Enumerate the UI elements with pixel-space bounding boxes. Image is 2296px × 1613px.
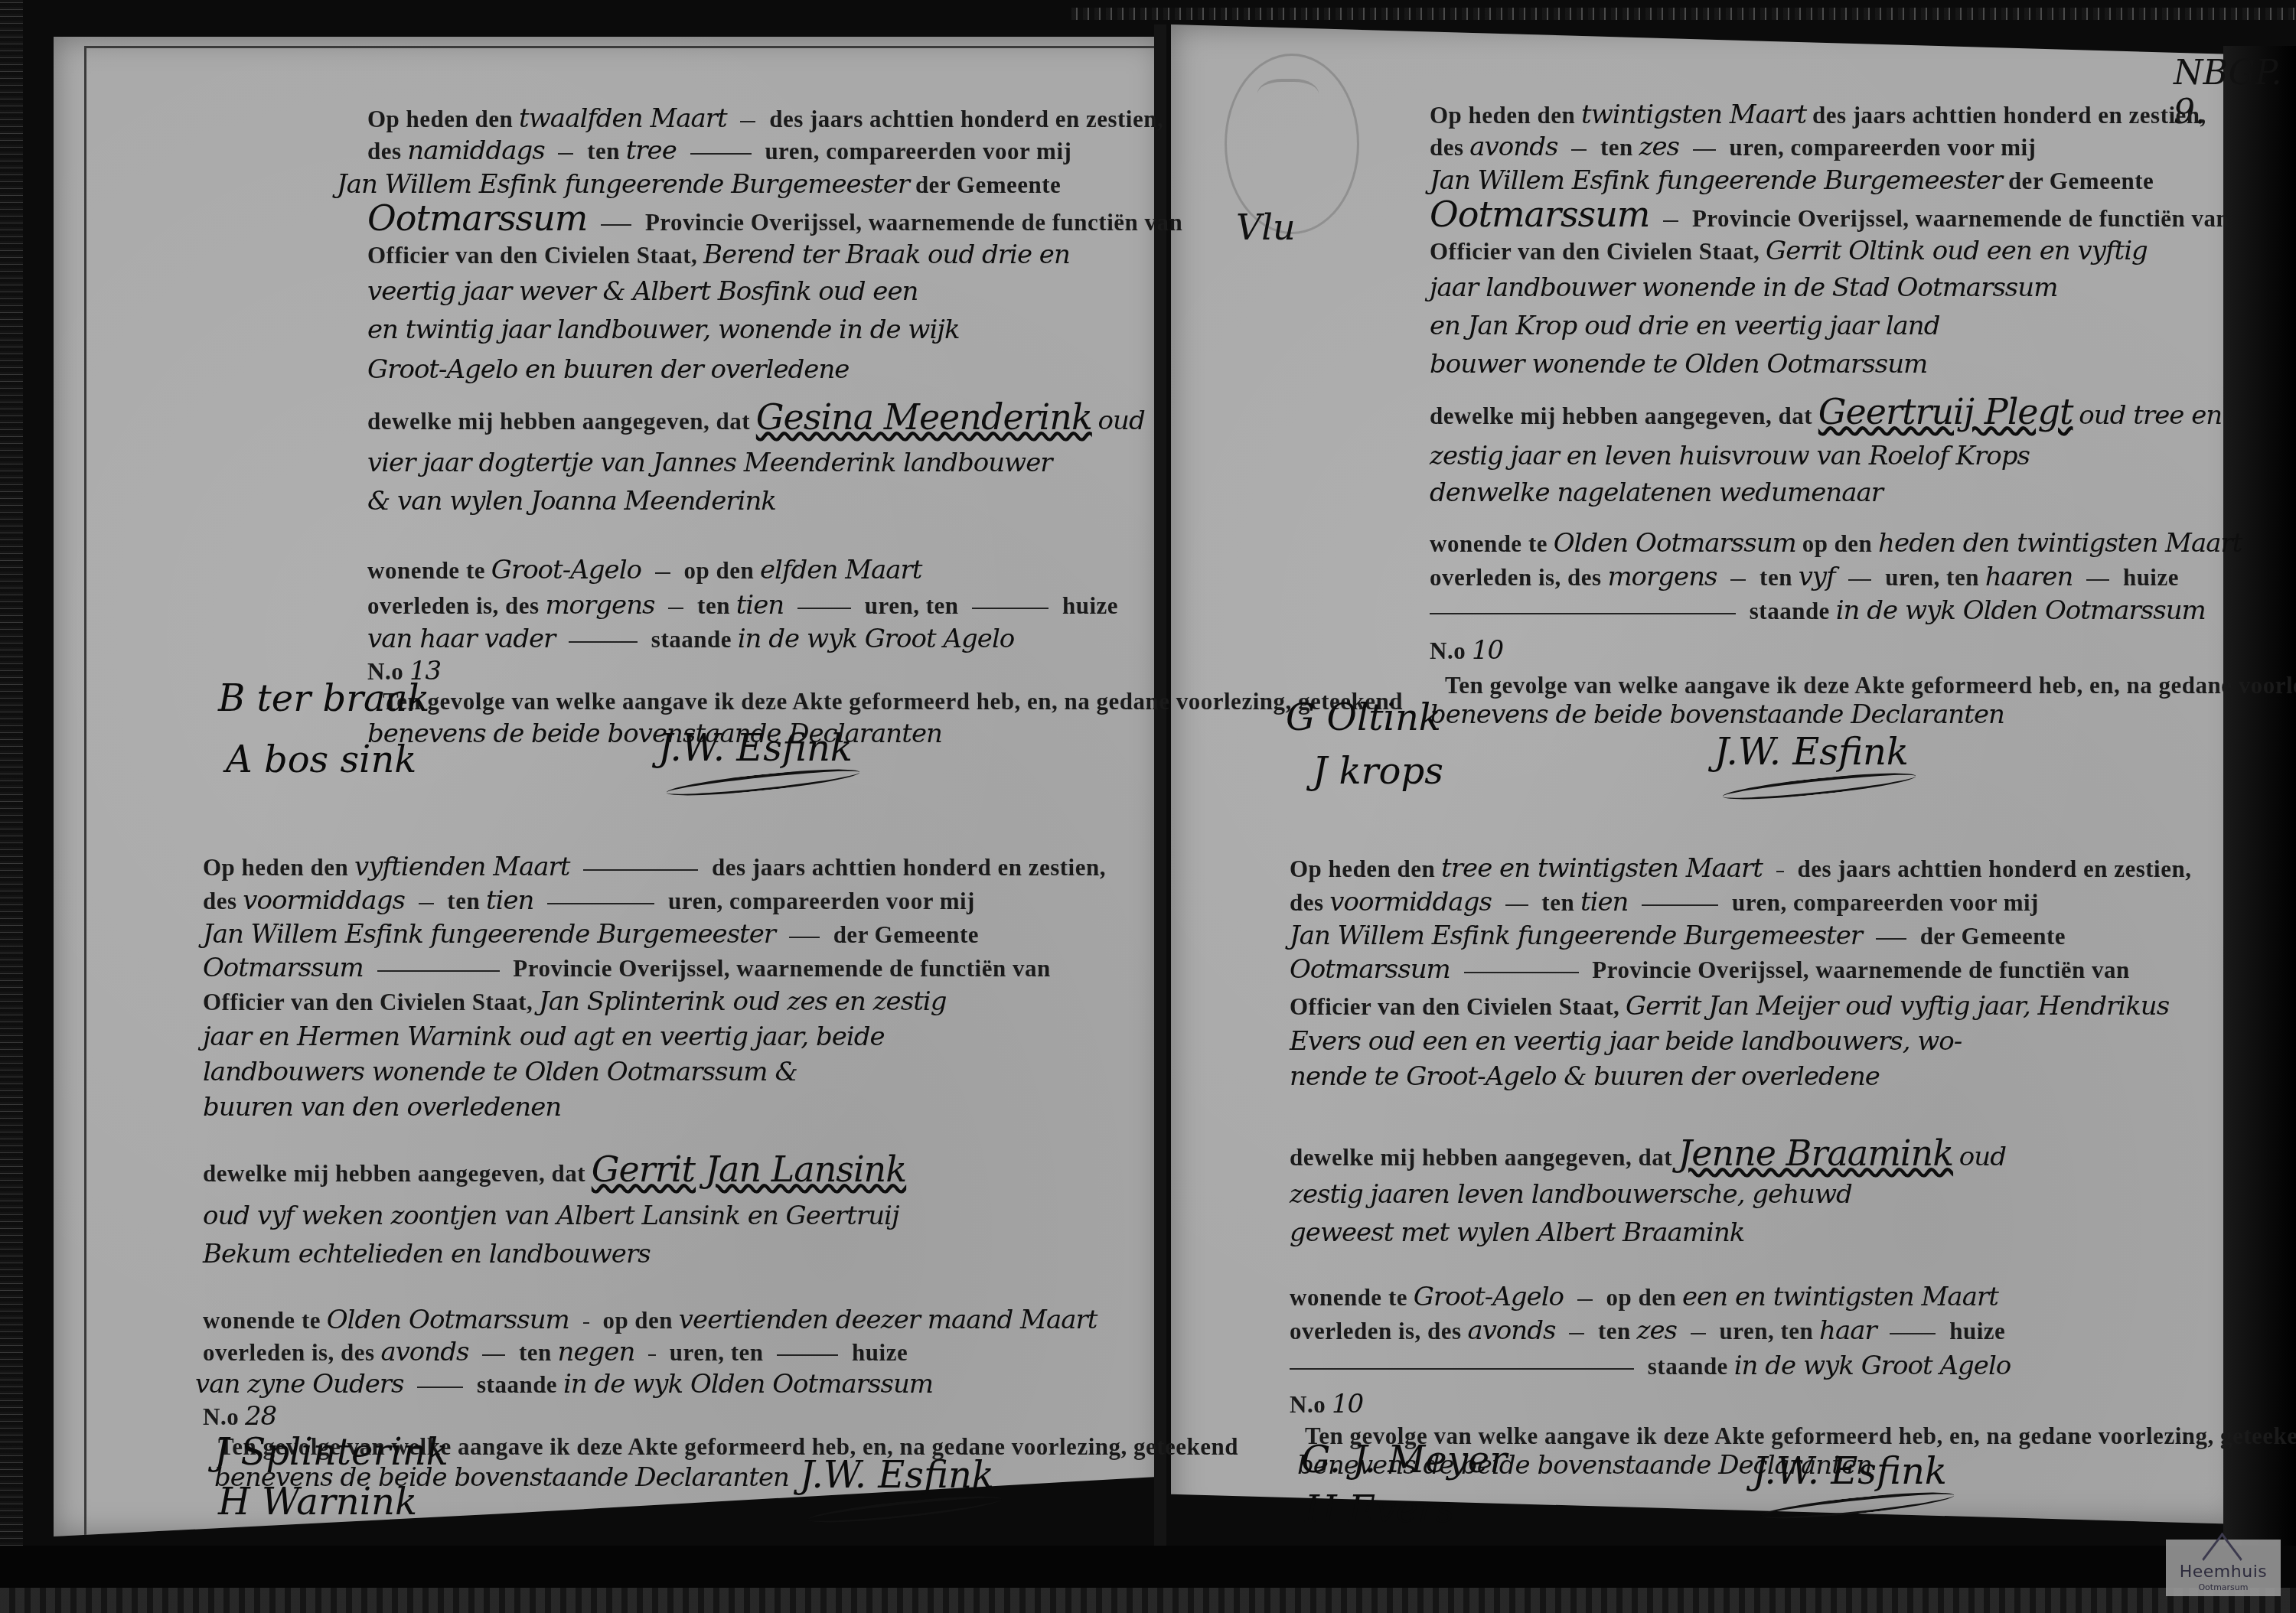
printed-overleden: overleden is, des [367,592,540,619]
fill-dash [569,641,638,643]
fill-dash [1569,1333,1584,1334]
record-mayor: Jan Willem Esfink fungeerende Burgemeest… [1290,921,1862,951]
fill-dash [377,970,500,972]
fill-dash [1691,1333,1706,1334]
printed-officier: Officier van den Civielen Staat, [1430,238,1760,265]
record-municipality: Ootmarssum [367,197,587,239]
printed-gemeente: der Gemeente [915,171,1062,198]
printed-wonende: wonende te [1430,530,1548,557]
residence: Groot-Agelo [1414,1282,1564,1312]
death-record-10b: Op heden den tree en twintigsten Maart d… [1290,853,2154,1450]
residence: Olden Ootmarssum [1554,528,1796,559]
fill-dash [1464,972,1579,973]
fill-dash [789,937,820,938]
mayor-signature: J.W. Esfink [1753,1450,1947,1493]
fill-dash [419,903,434,904]
fill-dash [648,1354,656,1356]
death-hour: zes [1637,1315,1677,1346]
fill-dash [558,153,573,155]
scan-artifact-left [0,0,23,1613]
printed-staande: staande [1750,598,1830,624]
printed-provincie: Provincie Overijssel, waarnemende de fun… [513,955,1050,982]
located: in de wyk Olden Ootmarssum [1836,595,2206,626]
book-edge [2223,46,2296,1576]
deceased-name: Gesina Meenderink [756,396,1092,438]
watermark-brand: Heemhuis [2166,1562,2281,1582]
death-record-10a: Op heden den twintigsten Maart des jaars… [1430,99,2195,681]
printed-des: des [203,888,237,914]
record-time-of-day: namiddags [407,135,544,166]
record-time-of-day: voormiddags [243,885,405,916]
fill-dash [1571,149,1587,151]
printed-gemeente: der Gemeente [1920,923,2066,950]
printed-des: des [1430,134,1464,161]
fill-dash [1890,1333,1936,1334]
deceased-line: oud [1959,1142,2006,1172]
printed-ten: ten [697,592,730,619]
printed-overleden: overleden is, des [203,1339,375,1366]
printed-staande: staande [477,1371,557,1398]
fill-dash [740,121,755,122]
record-hour: tien [1580,887,1629,917]
printed-uren-ten: uren, ten [865,592,959,619]
printed-gemeente: der Gemeente [833,921,980,948]
printed-op-heden: Op heden den [1430,102,1575,129]
fill-dash [777,1354,838,1356]
house-line: van haar vader [367,624,555,654]
death-hour: vyf [1799,562,1835,592]
printed-dewelke: dewelke mij hebben aangegeven, dat [367,408,750,435]
printed-wonende: wonende te [203,1307,321,1334]
declarants-line: Jan Splinterink oud zes en zestig [539,986,946,1017]
death-record-28: Op heden den vyftienden Maart des jaars … [203,852,1167,1464]
declarants-line: Berend ter Braak oud drie en [703,240,1070,270]
printed-op-den: op den [684,557,755,584]
deceased-line: Bekum echtelieden en landbouwers [203,1239,651,1269]
declarants-line: Gerrit Jan Meijer oud vyftig jaar, Hendr… [1626,991,2169,1022]
declarants-line: jaar en Hermen Warnink oud agt en veerti… [203,1022,885,1052]
fill-dash [1776,871,1784,872]
declarants-line: landbouwers wonende te Olden Ootmarssum … [203,1057,797,1087]
death-date: een en twintigsten Maart [1682,1282,1998,1312]
death-time-of-day: morgens [1607,562,1717,592]
printed-officier: Officier van den Civielen Staat, [203,989,533,1015]
printed-uren-ten: uren, ten [1720,1318,1814,1344]
residence: Groot-Agelo [491,555,641,585]
house: haaren [1985,562,2073,592]
record-date: twintigsten Maart [1581,99,1806,130]
printed-ten: ten [519,1339,552,1366]
located: in de wyk Groot Agelo [1734,1351,2011,1381]
declarants-line: bouwer wonende te Olden Ootmarssum [1430,349,1927,380]
declarants-line: en Jan Krop oud drie en veertig jaar lan… [1430,311,1939,341]
printed-huize: huize [852,1339,908,1366]
signed-line: benevens de beide bovenstaande Declarant… [1430,699,2004,730]
declarant-signature: G. J. Meyer [1301,1439,1507,1481]
record-date: tree en twintigsten Maart [1441,853,1763,884]
fill-dash [797,608,851,609]
record-municipality: Ootmarssum [1430,194,1649,235]
record-mayor: Jan Willem Esfink fungeerende Burgemeest… [203,919,775,950]
fill-dash [690,153,752,155]
record-number: 10 [1332,1389,1363,1419]
printed-closing: Ten gevolge van welke aangave ik deze Ak… [1445,672,2296,699]
printed-wonende: wonende te [1290,1284,1407,1311]
deceased-line: denwelke nagelatenen wedumenaar [1430,477,1883,508]
printed-uren: uren, compareerden voor mij [1732,889,2039,916]
record-hour: zes [1639,132,1678,162]
deceased-name: Gerrit Jan Lansink [592,1149,906,1190]
record-time-of-day: avonds [1469,132,1557,162]
fill-dash [668,608,683,609]
fill-dash [547,903,654,904]
declarants-line: Gerrit Oltink oud een en vyftig [1766,236,2148,266]
printed-year: des jaars achttien honderd en zestien, [1812,102,2206,129]
printed-op-den: op den [1802,530,1873,557]
printed-provincie: Provincie Overijssel, waarnemende de fun… [1692,205,2229,232]
death-time-of-day: avonds [380,1337,468,1367]
record-hour: tree [626,135,677,166]
fill-dash [417,1387,463,1388]
declarants-line: buuren van den overledenen [203,1092,561,1123]
printed-overleden: overleden is, des [1430,564,1602,591]
located: in de wyk Groot Agelo [738,624,1015,654]
printed-ten: ten [1541,889,1574,916]
fill-dash [1642,904,1718,906]
declarant-signature: J Splinterink [214,1431,448,1474]
printed-ten: ten [587,138,620,165]
printed-officier: Officier van den Civielen Staat, [367,242,697,269]
printed-uren: uren, compareerden voor mij [765,138,1071,165]
printed-overleden: overleden is, des [1290,1318,1462,1344]
printed-no: N.o [1430,637,1466,664]
margin-note: Vlu [1236,207,1296,248]
record-number: 10 [1472,635,1503,666]
fill-dash [2086,579,2109,581]
printed-year: des jaars achttien honderd en zestien, [769,106,1163,132]
record-municipality: Ootmarssum [1290,954,1450,985]
house-line: van zyne Ouders [195,1369,404,1400]
printed-uren-ten: uren, ten [1885,564,1979,591]
printed-year: des jaars achttien honderd en zestien, [712,854,1106,881]
fill-dash [1693,149,1716,151]
death-record-13: Op heden den twaalfden Maart des jaars a… [367,103,1171,792]
deceased-line: zestig jaar en leven huisvrouw van Roelo… [1430,441,2030,471]
declarants-line: nende te Groot-Agelo & buuren der overle… [1290,1061,1880,1092]
heemhuis-watermark: Heemhuis Ootmarsum [2166,1540,2281,1596]
located: in de wyk Olden Ootmarssum [563,1369,933,1400]
mayor-signature: J.W. Esfink [658,727,853,770]
printed-closing: Ten gevolge van welke aangave ik deze Ak… [383,688,1403,715]
declarants-line: Groot-Agelo en buuren der overledene [367,354,849,385]
mayor-signature: J.W. Esfink [800,1454,994,1497]
declarant-signature: H Evers [1305,1488,1454,1531]
printed-no: N.o [1290,1391,1326,1418]
printed-huize: huize [1062,592,1118,619]
printed-uren: uren, compareerden voor mij [1729,134,2036,161]
declarant-signature: H Warnink [218,1481,417,1523]
fill-dash [655,572,670,574]
fill-dash [1663,220,1678,222]
deceased-name: Jenne Braamink [1678,1132,1953,1174]
printed-staande: staande [651,626,732,653]
printed-op-den: op den [1606,1284,1677,1311]
printed-op-heden: Op heden den [1290,855,1435,882]
record-date: twaalfden Maart [519,103,727,134]
printed-gemeente: der Gemeente [2008,168,2154,194]
printed-officier: Officier van den Civielen Staat, [1290,993,1619,1020]
declarants-line: veertig jaar wever & Albert Bosfink oud … [367,276,918,307]
deceased-line: geweest met wylen Albert Braamink [1290,1217,1744,1248]
deceased-line: zestig jaaren leven landbouwersche, gehu… [1290,1179,1852,1210]
printed-dewelke: dewelke mij hebben aangegeven, dat [1290,1144,1672,1171]
printed-des: des [1290,889,1324,916]
deceased-name: Geertruij Plegt [1818,391,2073,432]
record-number: 28 [245,1401,276,1432]
fill-dash [1577,1299,1593,1301]
declarants-line: jaar landbouwer wonende in de Stad Ootma… [1430,272,2057,303]
printed-uren-ten: uren, ten [670,1339,764,1366]
mayor-signature: J.W. Esfink [1714,731,1909,774]
fill-dash [1848,579,1871,581]
printed-dewelke: dewelke mij hebben aangegeven, dat [203,1160,585,1187]
house: haar [1819,1315,1877,1346]
printed-no: N.o [203,1403,239,1430]
deceased-line: oud [1098,406,1145,436]
fill-dash [1430,613,1736,614]
printed-ten: ten [447,888,480,914]
deceased-line: oud vyf weken zoontjen van Albert Lansin… [203,1201,899,1231]
record-date: vyftienden Maart [354,852,569,882]
printed-huize: huize [1949,1318,2005,1344]
printed-op-heden: Op heden den [203,854,348,881]
death-time-of-day: morgens [545,590,654,621]
declarant-signature: J krops [1313,750,1443,793]
fill-dash [972,608,1049,609]
declarants-line: Evers oud een en veertig jaar beide land… [1290,1026,1962,1057]
fill-dash [583,1322,589,1324]
printed-ten: ten [1598,1318,1631,1344]
printed-ten: ten [1600,134,1633,161]
declarant-signature: G Oltink [1286,696,1441,739]
record-mayor: Jan Willem Esfink fungeerende Burgemeest… [337,169,909,200]
printed-dewelke: dewelke mij hebben aangegeven, dat [1430,402,1812,429]
signed-line: benevens de beide bovenstaande Declarant… [367,719,942,749]
fill-dash [482,1354,505,1356]
record-time-of-day: voormiddags [1329,887,1492,917]
fill-dash [1876,938,1906,940]
fill-dash [1730,579,1746,581]
death-hour: tien [736,590,784,621]
declarant-signature: B ter braak [218,677,429,720]
fill-dash [1290,1368,1634,1370]
declarants-line: en twintig jaar landbouwer, wonende in d… [367,314,960,345]
residence: Olden Ootmarssum [327,1305,569,1335]
death-date: elfden Maart [760,555,921,585]
scan-artifact-bottom [0,1588,2296,1613]
printed-huize: huize [2123,564,2179,591]
record-mayor: Jan Willem Esfink fungeerende Burgemeest… [1430,165,2002,196]
death-hour: negen [558,1337,635,1367]
death-date: heden den twintigsten Maart [1878,528,2242,559]
printed-year: des jaars achttien honderd en zestien, [1797,855,2191,882]
fill-dash [601,224,631,226]
fill-dash [1505,904,1528,906]
deceased-line: oud tree en [2079,400,2222,431]
fill-dash [583,869,698,871]
watermark-place: Ootmarsum [2166,1582,2281,1592]
printed-provincie: Provincie Overijssel, waarnemende de fun… [645,209,1182,236]
printed-op-heden: Op heden den [367,106,513,132]
printed-staande: staande [1648,1353,1728,1380]
record-hour: tien [486,885,534,916]
record-municipality: Ootmarssum [203,953,364,983]
printed-des: des [367,138,402,165]
deceased-line: vier jaar dogtertje van Jannes Meenderin… [367,448,1052,478]
printed-provincie: Provincie Overijssel, waarnemende de fun… [1592,956,2129,983]
scan-artifact-top [1071,8,2296,20]
declarant-signature: A bos sink [226,738,416,781]
printed-uren: uren, compareerden voor mij [668,888,975,914]
printed-ten: ten [1760,564,1792,591]
printed-op-den: op den [602,1307,673,1334]
printed-wonende: wonende te [367,557,485,584]
death-time-of-day: avonds [1467,1315,1555,1346]
deceased-line: & van wylen Joanna Meenderink [367,486,776,516]
death-date: veertienden deezer maand Maart [679,1305,1097,1335]
